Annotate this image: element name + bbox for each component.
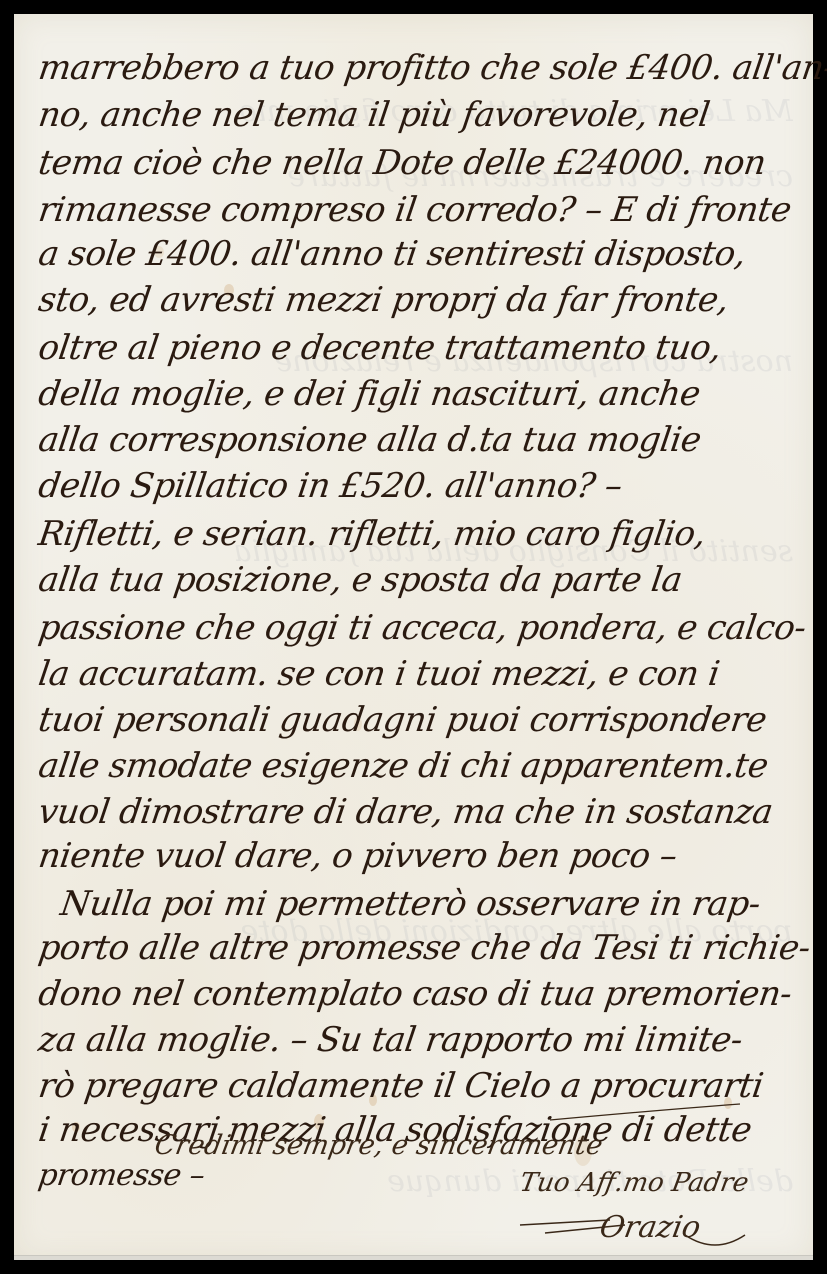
paper-bottom-edge (14, 1255, 813, 1260)
letter-line: promesse – (36, 1158, 207, 1193)
letter-line: alla tua posizione, e sposta da parte la (36, 560, 684, 600)
letter-line: Nulla poi mi permetterò osservare in rap… (58, 884, 763, 924)
letter-line: della moglie, e dei figli nascituri, anc… (36, 374, 703, 414)
letter-line: rimanesse compreso il corredo? – E di fr… (36, 190, 794, 230)
letter-line: passione che oggi ti acceca, pondera, e … (36, 608, 808, 648)
letter-line: Rifletti, e serian. rifletti, mio caro f… (36, 514, 708, 554)
letter-line: vuol dimostrare di dare, ma che in sosta… (36, 792, 775, 832)
letter-line: a sole £400. all'anno ti sentiresti disp… (36, 234, 748, 274)
letter-line: alla corresponsione alla d.ta tua moglie (36, 420, 703, 460)
letter-line: porto alle altre promesse che da Tesi ti… (36, 928, 813, 968)
letter-line: alle smodate esigenze di chi apparentem.… (36, 746, 770, 786)
closing-signoff: Tuo Aff.mo Padre (517, 1168, 751, 1198)
letter-line: tema cioè che nella Dote delle £24000. n… (36, 143, 768, 183)
letter-line: za alla moglie. – Su tal rapporto mi lim… (36, 1020, 745, 1060)
letter-line: niente vuol dare, o pivvero ben poco – (36, 836, 679, 876)
closing-salutation: Credimi sempre, e sinceramente (152, 1130, 605, 1161)
signature-flourish (515, 1195, 765, 1255)
letter-line: tuoi personali guadagni puoi corrisponde… (36, 700, 769, 740)
letter-line: no, anche nel tema il più favorevole, ne… (36, 95, 712, 135)
letter-line: la accuratam. se con i tuoi mezzi, e con… (36, 654, 722, 694)
letter-line: dello Spillatico in £520. all'anno? – (36, 466, 624, 506)
letter-line: sto, ed avresti mezzi proprj da far fron… (36, 280, 731, 320)
letter-line: dono nel contemplato caso di tua premori… (36, 974, 794, 1014)
letter-line: oltre al pieno e decente trattamento tuo… (36, 328, 723, 368)
salutation-flourish (400, 1100, 760, 1130)
letter-line: marrebbero a tuo profitto che sole £400.… (36, 48, 827, 88)
